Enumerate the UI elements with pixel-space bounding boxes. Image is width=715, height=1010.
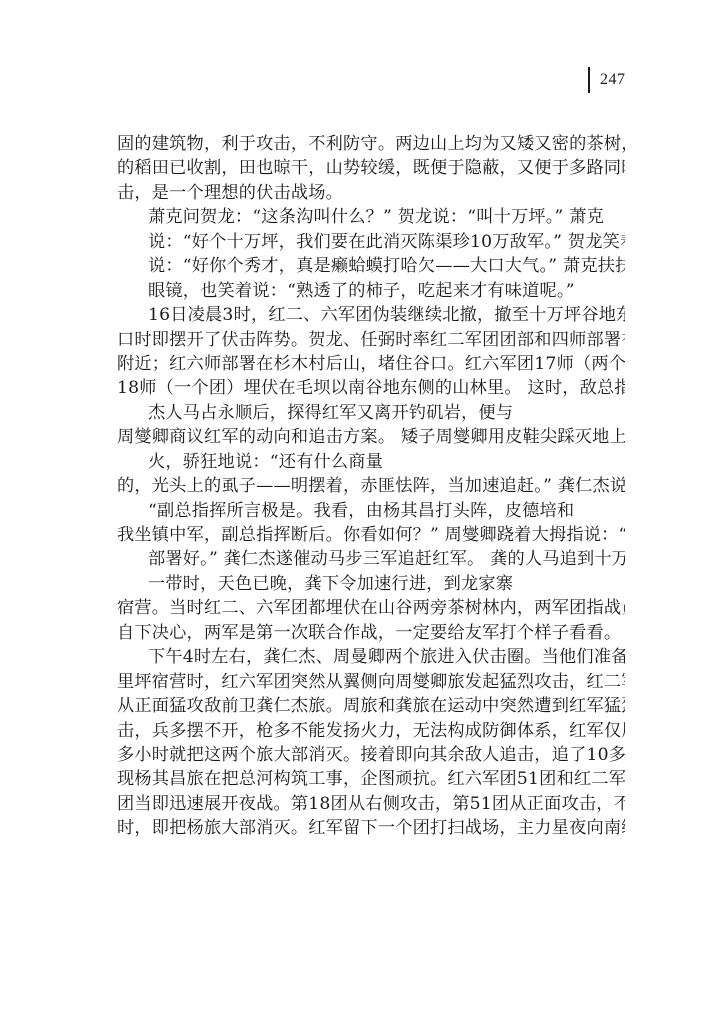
text-line: 说：“好个十万坪，我们要在此消灭陈渠珍10万敌军。” 贺龙笑着 — [117, 230, 625, 254]
text-line: 固的建筑物，利于攻击，不利防守。两边山上均为又矮又密的茶树，沟内 — [117, 132, 625, 156]
text-line: 的，光头上的虱子——明摆着，赤匪怯阵，当加速追赶。” 龚仁杰说： — [117, 474, 625, 498]
text-line: 里坪宿营时，红六军团突然从翼侧向周燮卿旅发起猛烈攻击，红二军团则 — [117, 670, 625, 694]
text-line: 口时即摆开了伏击阵势。贺龙、任弼时率红二军团团部和四师部署在毛坝 — [117, 328, 625, 352]
header-divider — [588, 67, 590, 93]
text-line: 我坐镇中军，副总指挥断后。你看如何？” 周燮卿跷着大拇指说：“这样 — [117, 523, 625, 547]
text-line: 多小时就把这两个旅大部消灭。接着即向其余敌人追击，追了10多里后发 — [117, 743, 625, 767]
text-line: 部署好。” 龚仁杰遂催动马步三军追赶红军。 龚的人马追到十万坪 — [117, 547, 625, 571]
text-line: 周燮卿商议红军的动向和追击方案。 矮子周燮卿用皮鞋尖踩灭地上烟头的 — [117, 425, 625, 449]
text-line: 自下决心，两军是第一次联合作战，一定要给友军打个样子看看。 — [117, 621, 625, 645]
text-line: 说：“好你个秀才，真是癞蛤蟆打哈欠——大口大气。” 萧克扶扶 — [117, 254, 625, 278]
text-line: 眼镜，也笑着说：“熟透了的柿子，吃起来才有味道呢。” — [117, 279, 625, 303]
text-line: 18师（一个团）埋伏在毛坝以南谷地东侧的山林里。 这时，敌总指挥龚仁 — [117, 376, 625, 400]
text-line: 萧克问贺龙：“这条沟叫什么？” 贺龙说：“叫十万坪。” 萧克 — [117, 205, 625, 229]
text-line: 的稻田已收割，田也晾干，山势较缓，既便于隐蔽，又便于多路同时出 — [117, 156, 625, 180]
text-line: 宿营。当时红二、六军团都埋伏在山谷两旁茶树林内，两军团指战员都暗 — [117, 596, 625, 620]
text-line: “副总指挥所言极是。我看，由杨其昌打头阵，皮德培和 — [117, 499, 625, 523]
text-line: 团当即迅速展开夜战。第18团从右侧攻击，第51团从正面攻击，不到2小 — [117, 792, 625, 816]
page-header: 247 — [588, 66, 626, 94]
text-line: 16日凌晨3时，红二、六军团伪装继续北撤，撤至十万坪谷地东北隘 — [117, 303, 625, 327]
text-line: 附近；红六师部署在杉木村后山，堵住谷口。红六军团17师（两个团）和 — [117, 352, 625, 376]
text-line: 杰人马占永顺后，探得红军又离开钓矶岩，便与 — [117, 401, 625, 425]
text-line: 时，即把杨旅大部消灭。红军留下一个团打扫战场，主力星夜向南继续追 — [117, 816, 625, 840]
text-line: 击，是一个理想的伏击战场。 — [117, 181, 625, 205]
body-text: 固的建筑物，利于攻击，不利防守。两边山上均为又矮又密的茶树，沟内的稻田已收割，田… — [117, 132, 625, 841]
text-line: 下午4时左右，龚仁杰、周曼卿两个旅进入伏击圈。当他们准备在碗 — [117, 645, 625, 669]
text-line: 击，兵多摆不开，枪多不能发扬火力，无法构成防御体系，红军仅用两个 — [117, 719, 625, 743]
page-number: 247 — [600, 71, 626, 89]
text-line: 一带时，天色已晚，龚下令加速行进，到龙家寨 — [117, 572, 625, 596]
text-line: 从正面猛攻敌前卫龚仁杰旅。周旅和龚旅在运动中突然遭到红军猛烈冲 — [117, 694, 625, 718]
text-line: 现杨其昌旅在把总河构筑工事，企图顽抗。红六军团51团和红二军团18 — [117, 767, 625, 791]
text-line: 火，骄狂地说：“还有什么商量 — [117, 450, 625, 474]
